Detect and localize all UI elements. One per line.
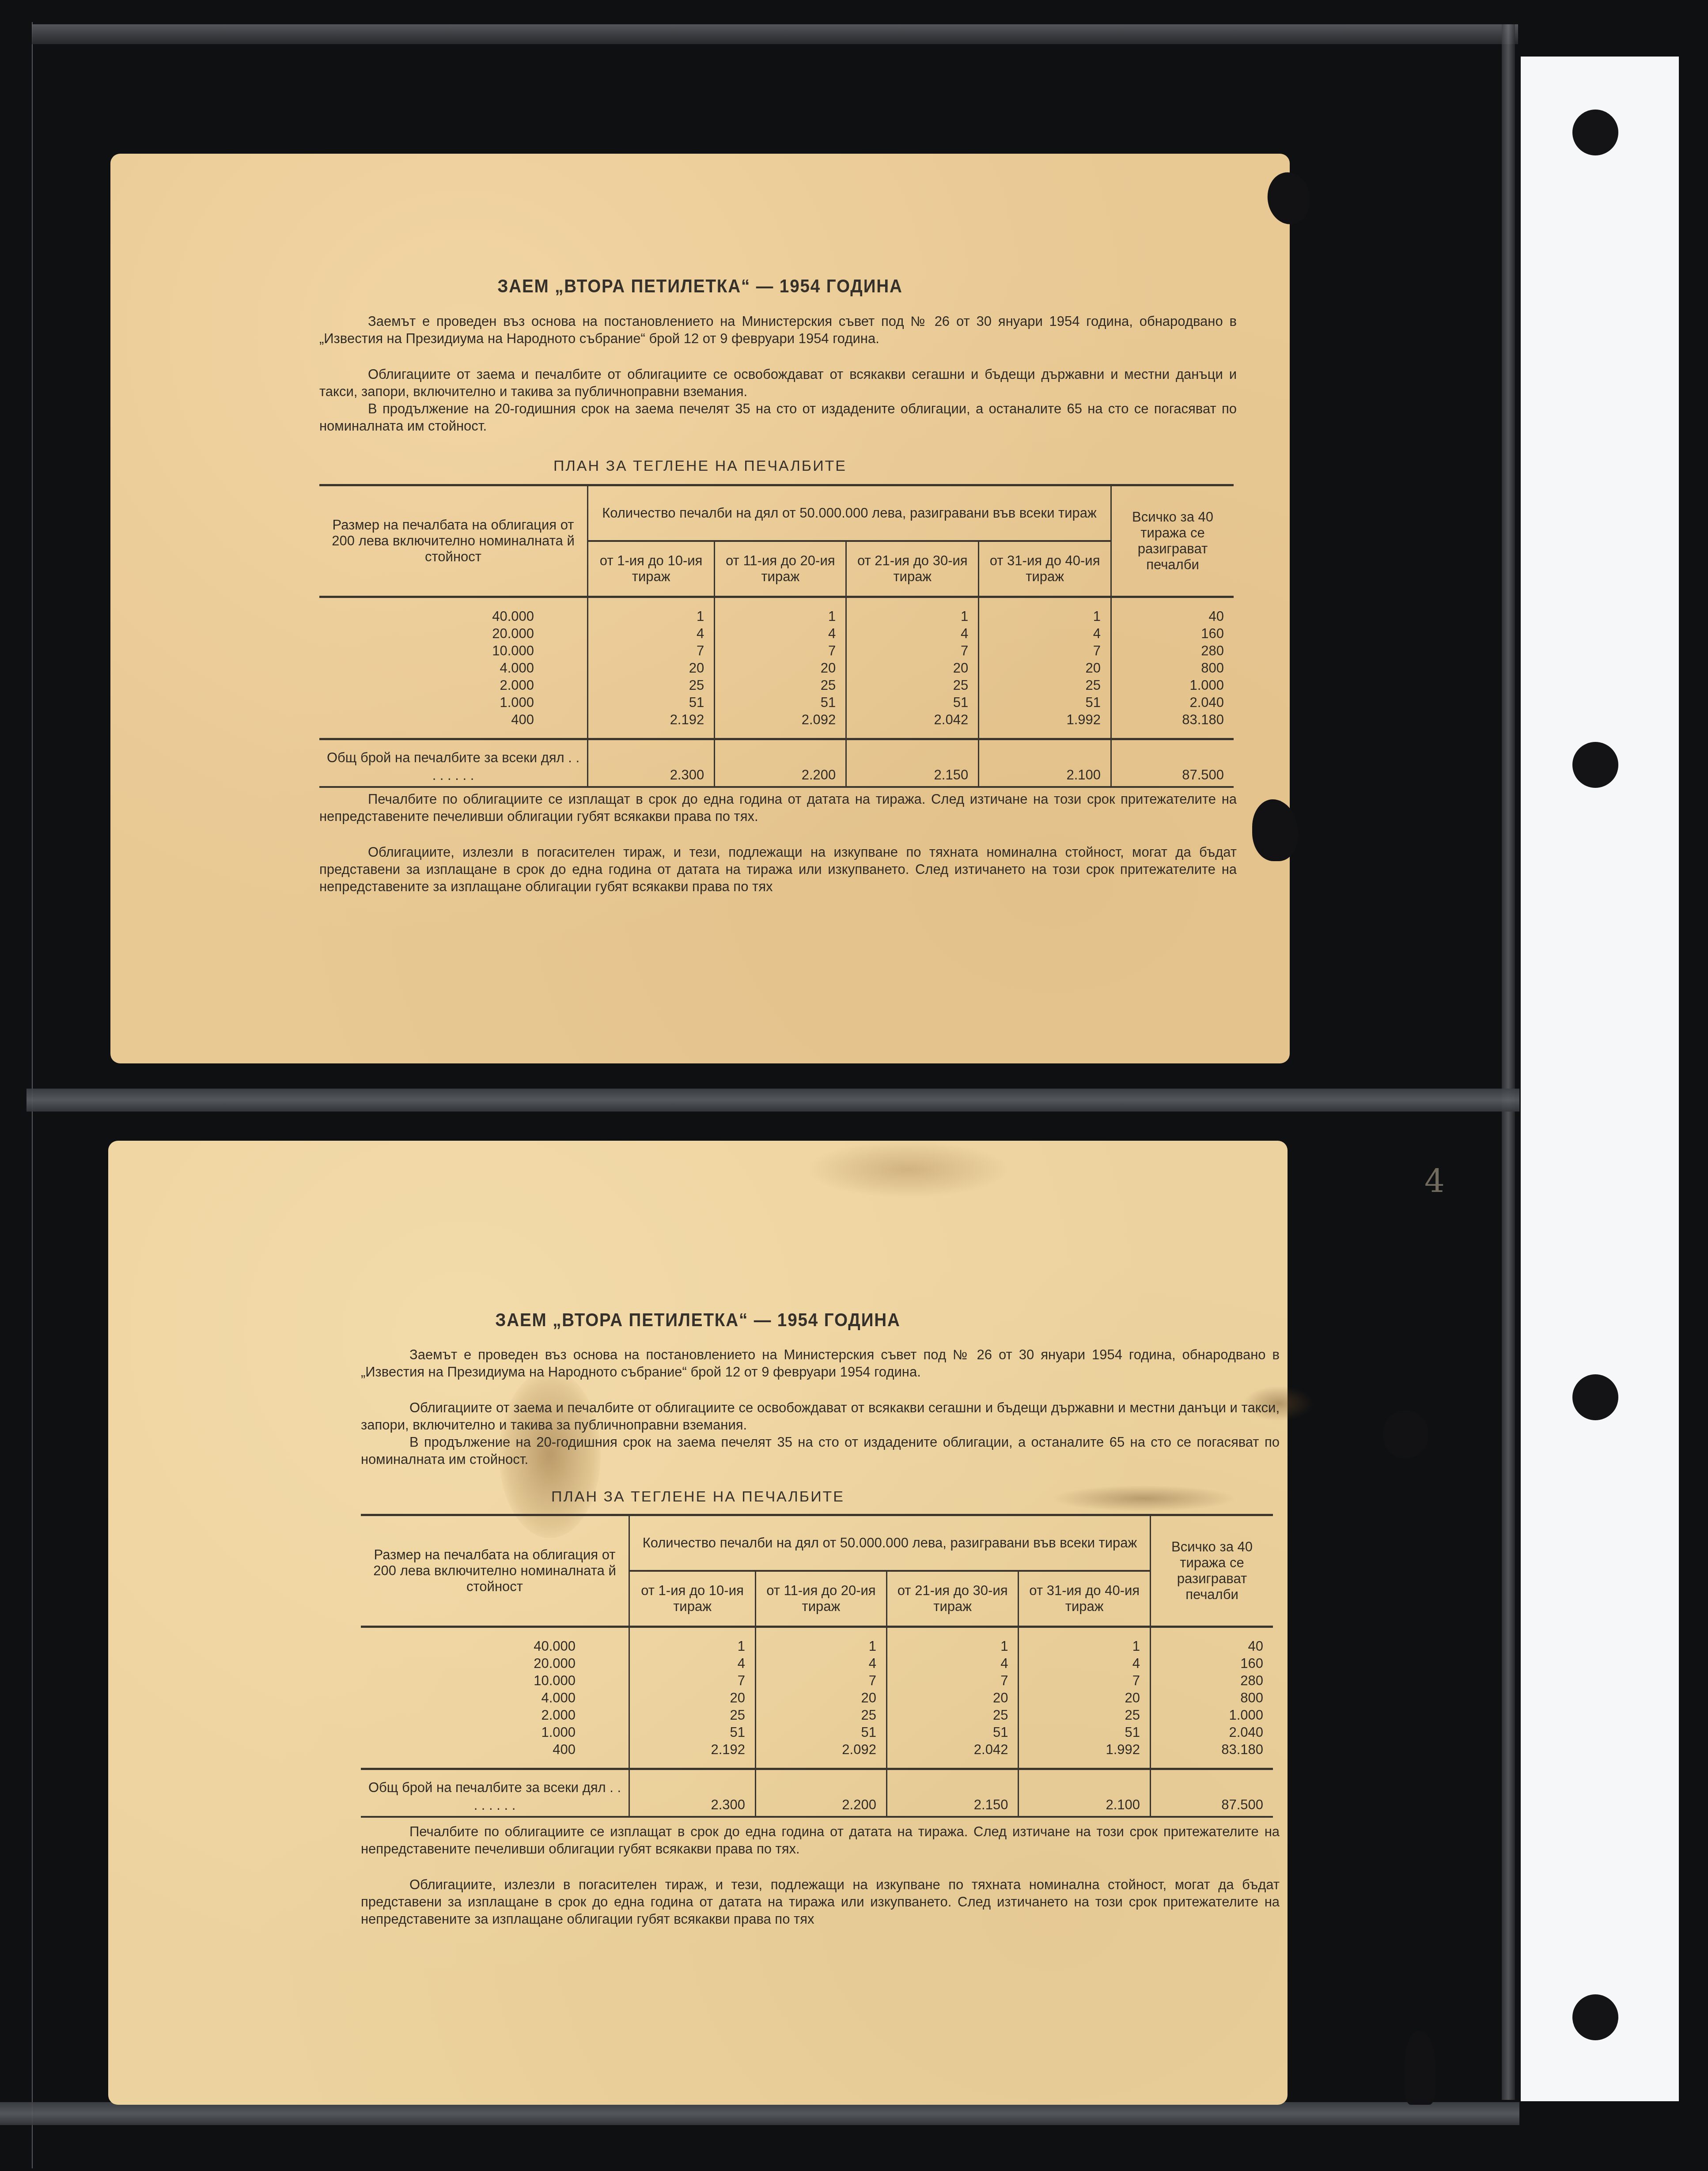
cell-total: 800: [1151, 1689, 1273, 1706]
cell-count: 51: [629, 1724, 756, 1741]
cell-count: 25: [756, 1706, 887, 1724]
cell-count: 4: [1019, 1655, 1151, 1672]
table-total-row: Общ брой на печалбите за всеки дял . . .…: [319, 739, 1234, 787]
plan-title: ПЛАН ЗА ТЕГЛЕНЕ НА ПЕЧАЛБИТЕ: [110, 458, 1290, 475]
table-row: 1.000515151512.040: [319, 694, 1234, 711]
cell-count: 51: [756, 1724, 887, 1741]
table-row: 4.00020202020800: [319, 659, 1234, 677]
header-wins-per-share: Количество печалби на дял от 50.000.000 …: [629, 1515, 1151, 1571]
header-prize-size: Размер на печалбата на облигация от 200 …: [319, 485, 588, 597]
cell-total-count: 2.200: [756, 1769, 887, 1817]
table-row: 4002.1922.0922.0421.99283.180: [319, 711, 1234, 739]
cell-count: 20: [588, 659, 715, 677]
cell-total: 280: [1151, 1672, 1273, 1689]
header-prize-size: Размер на печалбата на облигация от 200 …: [361, 1515, 629, 1627]
cell-count: 7: [715, 642, 846, 659]
header-draws-31-40: от 31-ия до 40-ия тираж: [979, 541, 1111, 597]
cell-prize-amount: 4.000: [319, 659, 588, 677]
cell-count: 51: [588, 694, 715, 711]
cell-count: 7: [846, 642, 979, 659]
cell-count: 4: [756, 1655, 887, 1672]
table-row: 10.0007777280: [361, 1672, 1273, 1689]
cell-prize-amount: 20.000: [361, 1655, 629, 1672]
table-row: 40.000111140: [361, 1627, 1273, 1655]
cell-count: 51: [886, 1724, 1019, 1741]
header-wins-per-share: Количество печалби на дял от 50.000.000 …: [588, 485, 1111, 541]
prize-plan-table: Размер на печалбата на облигация от 200 …: [319, 484, 1234, 788]
cell-count: 2.192: [588, 711, 715, 739]
cell-count: 7: [979, 642, 1111, 659]
header-draws-11-20: от 11-ия до 20-ия тираж: [715, 541, 846, 597]
cell-total: 2.040: [1111, 694, 1234, 711]
cell-count: 25: [846, 677, 979, 694]
binder-hole-icon: [1572, 110, 1618, 155]
cell-total: 1.000: [1111, 677, 1234, 694]
punch-hole-icon: [1382, 1410, 1429, 1459]
cell-count: 20: [1019, 1689, 1151, 1706]
cell-prize-amount: 10.000: [319, 642, 588, 659]
cell-count: 1: [756, 1627, 887, 1655]
cell-count: 20: [756, 1689, 887, 1706]
cell-count: 4: [846, 625, 979, 642]
paragraph-payout-terms: Печалбите по облигациите се изплащат в с…: [361, 1823, 1280, 1857]
cell-count: 1: [629, 1627, 756, 1655]
table-row: 2.000252525251.000: [361, 1706, 1273, 1724]
paragraph-tax-exemption: Облигациите от заема и печалбите от обли…: [319, 366, 1237, 400]
cell-total-count: 2.100: [1019, 1769, 1151, 1817]
cell-count: 2.092: [715, 711, 846, 739]
punch-hole-icon: [1264, 170, 1313, 227]
cell-prize-amount: 10.000: [361, 1672, 629, 1689]
paragraph-legal-basis: Заемът е проведен въз основа на постанов…: [361, 1346, 1280, 1381]
paragraph-loan-term: В продължение на 20-годишния срок на зае…: [319, 400, 1237, 435]
cell-prize-amount: 4.000: [361, 1689, 629, 1706]
cell-total: 2.040: [1151, 1724, 1273, 1741]
binder-hole-icon: [1572, 742, 1618, 788]
table-row: 20.0004444160: [319, 625, 1234, 642]
cell-prize-amount: 20.000: [319, 625, 588, 642]
cell-count: 2.192: [629, 1741, 756, 1769]
prize-plan-table: Размер на печалбата на облигация от 200 …: [361, 1514, 1273, 1818]
cell-total-label: Общ брой на печалбите за всеки дял . . .…: [361, 1769, 629, 1817]
cell-count: 1: [588, 597, 715, 625]
cell-count: 51: [1019, 1724, 1151, 1741]
header-draws-1-10: от 1-ия до 10-ия тираж: [588, 541, 715, 597]
cell-count: 51: [846, 694, 979, 711]
cell-count: 7: [629, 1672, 756, 1689]
pocket-divider-strip: [27, 1089, 1519, 1112]
table-row: 40.000111140: [319, 597, 1234, 625]
sleeve-right-edge: [1502, 24, 1515, 2100]
cell-total: 160: [1151, 1655, 1273, 1672]
binder-hole-icon: [1572, 1994, 1618, 2040]
cell-count: 25: [1019, 1706, 1151, 1724]
header-draws-1-10: от 1-ия до 10-ия тираж: [629, 1571, 756, 1627]
cell-count: 4: [715, 625, 846, 642]
cell-count: 20: [979, 659, 1111, 677]
cell-count: 20: [846, 659, 979, 677]
cell-prize-amount: 2.000: [361, 1706, 629, 1724]
cell-count: 2.042: [846, 711, 979, 739]
cell-total-count: 87.500: [1111, 739, 1234, 787]
cell-count: 4: [629, 1655, 756, 1672]
cell-count: 51: [715, 694, 846, 711]
cell-total-label: Общ брой на печалбите за всеки дял . . .…: [319, 739, 588, 787]
cell-count: 2.042: [886, 1741, 1019, 1769]
sleeve-top-strip: [32, 24, 1518, 44]
cell-count: 4: [979, 625, 1111, 642]
paragraph-redemption-terms: Облигациите, излезли в погасителен тираж…: [361, 1876, 1280, 1928]
header-draws-21-30: от 21-ия до 30-ия тираж: [886, 1571, 1019, 1627]
paragraph-payout-terms: Печалбите по облигациите се изплащат в с…: [319, 790, 1237, 825]
header-draws-21-30: от 21-ия до 30-ия тираж: [846, 541, 979, 597]
paragraph-tax-exemption: Облигациите от заема и печалбите от обли…: [361, 1399, 1280, 1433]
cell-total-count: 2.150: [846, 739, 979, 787]
cell-count: 2.092: [756, 1741, 887, 1769]
cell-total-count: 2.300: [629, 1769, 756, 1817]
bond-card-1: ЗАЕМ „ВТОРА ПЕТИЛЕТКА“ — 1954 ГОДИНА Зае…: [110, 154, 1290, 1063]
cell-prize-amount: 40.000: [319, 597, 588, 625]
cell-total-count: 2.100: [979, 739, 1111, 787]
header-total-40-draws: Всичко за 40 тиража се разиграват печалб…: [1111, 485, 1234, 597]
cell-count: 1: [979, 597, 1111, 625]
cell-count: 7: [756, 1672, 887, 1689]
paragraph-loan-term: В продължение на 20-годишния срок на зае…: [361, 1433, 1280, 1468]
cell-prize-amount: 40.000: [361, 1627, 629, 1655]
cell-total: 1.000: [1151, 1706, 1273, 1724]
cell-total: 83.180: [1151, 1741, 1273, 1769]
cell-prize-amount: 2.000: [319, 677, 588, 694]
cell-count: 1: [715, 597, 846, 625]
table-total-row: Общ брой на печалбите за всеки дял . . .…: [361, 1769, 1273, 1817]
cell-total-count: 2.150: [886, 1769, 1019, 1817]
cell-total: 280: [1111, 642, 1234, 659]
cell-total: 40: [1151, 1627, 1273, 1655]
cell-total: 800: [1111, 659, 1234, 677]
bond-card-2: 4 ЗАЕМ „ВТОРА ПЕТИЛЕТКА“ — 1954 ГОДИНА З…: [108, 1141, 1288, 2105]
cell-count: 1: [886, 1627, 1019, 1655]
cell-count: 7: [588, 642, 715, 659]
cell-count: 7: [886, 1672, 1019, 1689]
table-row: 20.0004444160: [361, 1655, 1273, 1672]
cell-total: 160: [1111, 625, 1234, 642]
prize-rows: 40.00011114020.000444416010.00077772804.…: [319, 597, 1234, 787]
cell-count: 25: [629, 1706, 756, 1724]
header-total-40-draws: Всичко за 40 тиража се разиграват печалб…: [1151, 1515, 1273, 1627]
prize-rows: 40.00011114020.000444416010.00077772804.…: [361, 1627, 1273, 1817]
cell-total-count: 2.300: [588, 739, 715, 787]
cell-count: 1: [846, 597, 979, 625]
cell-count: 7: [1019, 1672, 1151, 1689]
card-title: ЗАЕМ „ВТОРА ПЕТИЛЕТКА“ — 1954 ГОДИНА: [155, 1309, 1240, 1331]
cell-count: 1.992: [979, 711, 1111, 739]
cell-total-count: 2.200: [715, 739, 846, 787]
header-draws-31-40: от 31-ия до 40-ия тираж: [1019, 1571, 1151, 1627]
table-row: 2.000252525251.000: [319, 677, 1234, 694]
cell-total: 83.180: [1111, 711, 1234, 739]
paragraph-legal-basis: Заемът е проведен въз основа на постанов…: [319, 313, 1237, 347]
binder-hole-icon: [1572, 1374, 1618, 1420]
cell-prize-amount: 400: [319, 711, 588, 739]
cell-count: 20: [629, 1689, 756, 1706]
paragraph-redemption-terms: Облигациите, излезли в погасителен тираж…: [319, 843, 1237, 895]
cell-count: 4: [588, 625, 715, 642]
binder-strip: [1521, 57, 1679, 2101]
cell-count: 1: [1019, 1627, 1151, 1655]
pencil-number: 4: [1424, 1163, 1445, 1200]
cell-count: 1.992: [1019, 1741, 1151, 1769]
cell-count: 25: [979, 677, 1111, 694]
table-row: 1.000515151512.040: [361, 1724, 1273, 1741]
cell-count: 4: [886, 1655, 1019, 1672]
cell-count: 20: [715, 659, 846, 677]
table-row: 10.0007777280: [319, 642, 1234, 659]
torn-hole-icon: [1405, 2031, 1435, 2105]
pocket-bottom-strip: [0, 2102, 1519, 2125]
cell-count: 25: [588, 677, 715, 694]
cell-count: 25: [715, 677, 846, 694]
punch-hole-icon: [1252, 799, 1298, 861]
cell-prize-amount: 400: [361, 1741, 629, 1769]
table-row: 4002.1922.0922.0421.99283.180: [361, 1741, 1273, 1769]
cell-total: 40: [1111, 597, 1234, 625]
cell-prize-amount: 1.000: [319, 694, 588, 711]
card-title: ЗАЕМ „ВТОРА ПЕТИЛЕТКА“ — 1954 ГОДИНА: [158, 276, 1242, 297]
cell-count: 51: [979, 694, 1111, 711]
stain-mark: [806, 1141, 1009, 1198]
cell-total-count: 87.500: [1151, 1769, 1273, 1817]
table-row: 4.00020202020800: [361, 1689, 1273, 1706]
header-draws-11-20: от 11-ия до 20-ия тираж: [756, 1571, 887, 1627]
cell-count: 20: [886, 1689, 1019, 1706]
cell-count: 25: [886, 1706, 1019, 1724]
plan-title: ПЛАН ЗА ТЕГЛЕНЕ НА ПЕЧАЛБИТЕ: [108, 1488, 1288, 1505]
cell-prize-amount: 1.000: [361, 1724, 629, 1741]
